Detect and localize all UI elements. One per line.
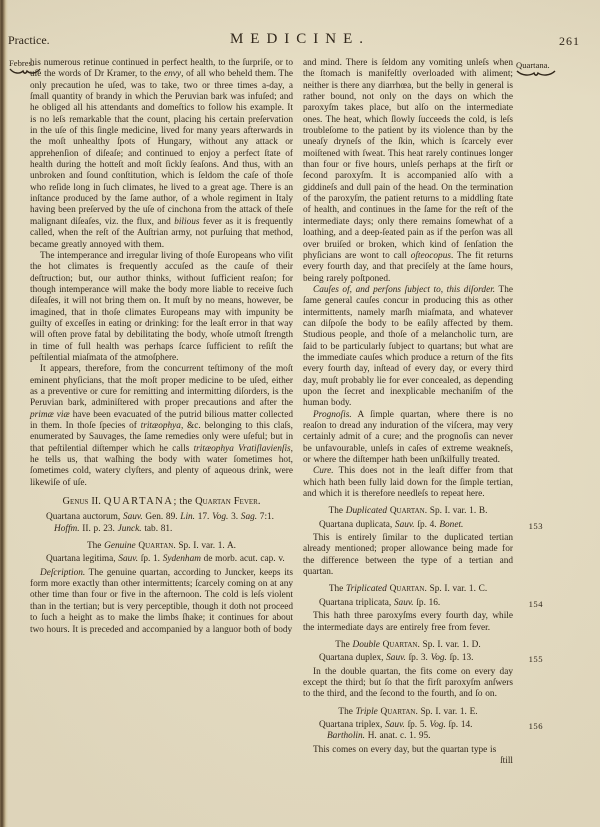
- text-segment: This comes on every day, but the quartan…: [313, 745, 496, 755]
- text-segment: Gen. 89.: [143, 512, 181, 522]
- variety-heading: The Triplicated Quartan. Sp. I. var. 1. …: [303, 584, 513, 595]
- paragraph: In the double quartan, the fits come on …: [303, 667, 513, 701]
- text-segment: . Sp. I. var. 1. D.: [418, 640, 481, 650]
- text-segment: Quartana legitima,: [46, 554, 118, 564]
- margin-note-quartana: Quartana.: [516, 60, 556, 77]
- paragraph: The intemperance and irregular living of…: [30, 251, 293, 364]
- text-segment: Quartan: [138, 541, 173, 551]
- book-edge: [0, 0, 8, 827]
- text-segment: Genus: [63, 496, 89, 507]
- text-segment: Sauv.: [386, 653, 406, 663]
- variety-heading: The Genuine Quartan. Sp. I. var. 1. A.: [30, 541, 293, 552]
- text-segment: ſp. 4.: [415, 520, 440, 530]
- text-segment: Double: [352, 640, 379, 650]
- text-segment: ; the: [174, 496, 196, 507]
- citation-line: Quartana triplex, Sauv. ſp. 5. Vog. ſp. …: [303, 720, 513, 743]
- variety-heading: The Triple Quartan. Sp. I. var. 1. E.: [303, 707, 513, 718]
- text-segment: In the double quartan, the fits come on …: [303, 667, 513, 700]
- text-segment: 7:1.: [257, 512, 274, 522]
- text-segment: This is entirely ſimilar to the duplicat…: [303, 533, 513, 577]
- text-segment: II. p. 23.: [80, 524, 118, 534]
- text-segment: Sag.: [241, 512, 257, 522]
- text-segment: Quartan: [390, 584, 425, 594]
- text-segment: Hoffm.: [54, 524, 80, 534]
- paragraph: This hath three paroxyſms every fourth d…: [303, 611, 513, 634]
- text-segment: Quartan: [390, 506, 425, 516]
- text-segment: ſp. 13.: [447, 653, 474, 663]
- text-segment: tritæophya Vratiſlavienſis: [194, 444, 291, 454]
- text-segment: ſp. 14.: [446, 720, 473, 730]
- paragraph-continuation: and mind. There is ſeldom any vomiting u…: [303, 58, 513, 285]
- paragraph: Deſcription. The genuine quartan, accord…: [30, 568, 293, 636]
- text-segment: ſp. 5.: [405, 720, 430, 730]
- text-segment: Duplicated: [346, 506, 387, 516]
- paragraph-continuation: his numerous retinue continued in perfec…: [30, 58, 293, 251]
- text-segment: This hath three paroxyſms every fourth d…: [303, 611, 513, 632]
- text-segment: It appears, therefore, from the concurre…: [30, 364, 293, 408]
- text-segment: The: [329, 506, 346, 516]
- text-segment: Quartana duplicata,: [319, 520, 395, 530]
- text-segment: Sauv.: [385, 720, 405, 730]
- paragraph: Cure. This does not in the leaſt differ …: [303, 466, 513, 500]
- text-segment: Triple: [356, 707, 378, 717]
- paragraph: It appears, therefore, from the concurre…: [30, 364, 293, 489]
- text-segment: The intemperance and irregular living of…: [30, 251, 293, 363]
- text-segment: Sauv.: [118, 554, 138, 564]
- text-segment: Quartan: [383, 640, 418, 650]
- text-segment: Cure.: [313, 466, 334, 476]
- text-segment: . Sp. I. var. 1. E.: [415, 707, 477, 717]
- brace-icon: [516, 70, 556, 77]
- text-segment: This does not in the leaſt differ from t…: [303, 466, 513, 499]
- text-segment: Vog.: [212, 512, 228, 522]
- text-segment: Vog.: [431, 653, 447, 663]
- text-segment: Sydenham: [163, 554, 201, 564]
- text-segment: ſtill: [500, 756, 513, 766]
- text-segment: Cauſes of, and perſons ſubject to, this …: [313, 285, 495, 295]
- text-segment: Bonet.: [439, 520, 463, 530]
- text-segment: Lin.: [180, 512, 195, 522]
- text-segment: Sauv.: [123, 512, 143, 522]
- margin-paragraph-number: 154: [537, 599, 543, 610]
- text-segment: Quartan Fever: [195, 496, 258, 507]
- text-segment: 17.: [195, 512, 212, 522]
- paragraph: Prognoſis. A ſimple quartan, where there…: [303, 410, 513, 467]
- text-segment: Vog.: [430, 720, 446, 730]
- text-segment: QUARTANA: [104, 496, 174, 507]
- text-segment: The: [338, 707, 355, 717]
- text-segment: . Sp. I. var. 1. B.: [425, 506, 488, 516]
- genus-heading: Genus II. QUARTANA; the Quartan Fever.: [30, 496, 293, 507]
- text-segment: Deſcription.: [40, 568, 85, 578]
- text-segment: The: [335, 640, 352, 650]
- citation-line: Quartana duplex, Sauv. ſp. 3. Vog. ſp. 1…: [303, 653, 513, 664]
- text-segment: Quartana triplex,: [319, 720, 385, 730]
- text-segment: ſp. 1.: [138, 554, 163, 564]
- text-segment: . Sp. I. var. 1. C.: [424, 584, 487, 594]
- text-segment: 3.: [228, 512, 240, 522]
- paragraph: Cauſes of, and perſons ſubject to, this …: [303, 285, 513, 410]
- text-segment: primæ viæ: [30, 410, 70, 420]
- text-segment: oſteocopus: [411, 251, 451, 261]
- text-segment: .: [258, 496, 261, 507]
- page-title: MEDICINE.: [0, 31, 600, 48]
- citation-line: Quartana triplicata, Sauv. ſp. 16.154: [303, 598, 513, 609]
- page-number: 261: [559, 34, 580, 49]
- text-segment: Prognoſis.: [313, 410, 352, 420]
- text-segment: bilious: [174, 217, 199, 227]
- text-segment: Junck.: [118, 524, 142, 534]
- text-segment: . Sp. I. var. 1. A.: [173, 541, 236, 551]
- paragraph: This comes on every day, but the quartan…: [303, 745, 513, 756]
- text-segment: tab. 81.: [142, 524, 173, 534]
- citation-line: Quartana duplicata, Sauv. ſp. 4. Bonet.1…: [303, 520, 513, 531]
- variety-heading: The Duplicated Quartan. Sp. I. var. 1. B…: [303, 506, 513, 517]
- variety-heading: The Double Quartan. Sp. I. var. 1. D.: [303, 640, 513, 651]
- text-segment: Quartan: [381, 707, 416, 717]
- text-segment: ſp. 16.: [414, 598, 441, 608]
- margin-paragraph-number: 156: [537, 721, 543, 732]
- margin-paragraph-number: 155: [537, 654, 543, 665]
- text-segment: envy: [164, 69, 181, 79]
- text-segment: Quartana triplicata,: [319, 598, 394, 608]
- margin-paragraph-number: 153: [537, 521, 543, 532]
- text-segment: Sauv.: [395, 520, 415, 530]
- text-segment: The: [329, 584, 346, 594]
- paragraph: This is entirely ſimilar to the duplicat…: [303, 533, 513, 578]
- catchword: ſtill: [303, 756, 513, 767]
- text-segment: Bartholin.: [327, 731, 365, 741]
- text-segment: Triplicated: [346, 584, 387, 594]
- citation-line: Quartana legitima, Sauv. ſp. 1. Sydenham…: [30, 554, 293, 565]
- margin-note-label: Quartana.: [516, 60, 550, 70]
- text-segment: Genuine: [104, 541, 136, 551]
- text-segment: and mind. There is ſeldom any vomiting u…: [303, 58, 513, 261]
- text-segment: The ſame general cauſes concur in produc…: [303, 285, 513, 408]
- text-segment: Quartana duplex,: [319, 653, 386, 663]
- text-segment: II.: [88, 496, 104, 507]
- text-segment: , of all who beheld them. The only preca…: [30, 69, 293, 226]
- text-segment: de morb. acut. cap. v.: [201, 554, 285, 564]
- text-segment: H. anat. c. 1. 95.: [365, 731, 431, 741]
- book-page: { "colors": { "paper": "#e9e0c5", "ink":…: [0, 0, 600, 827]
- text-segment: tritæophya: [141, 421, 181, 431]
- text-segment: The: [87, 541, 104, 551]
- citation-line: Quartana auctorum, Sauv. Gen. 89. Lin. 1…: [30, 512, 293, 535]
- right-column: and mind. There is ſeldom any vomiting u…: [303, 58, 513, 767]
- text-segment: Sauv.: [394, 598, 414, 608]
- left-column: his numerous retinue continued in perfec…: [30, 58, 293, 636]
- text-segment: Quartana auctorum,: [46, 512, 123, 522]
- text-segment: ſp. 3.: [406, 653, 431, 663]
